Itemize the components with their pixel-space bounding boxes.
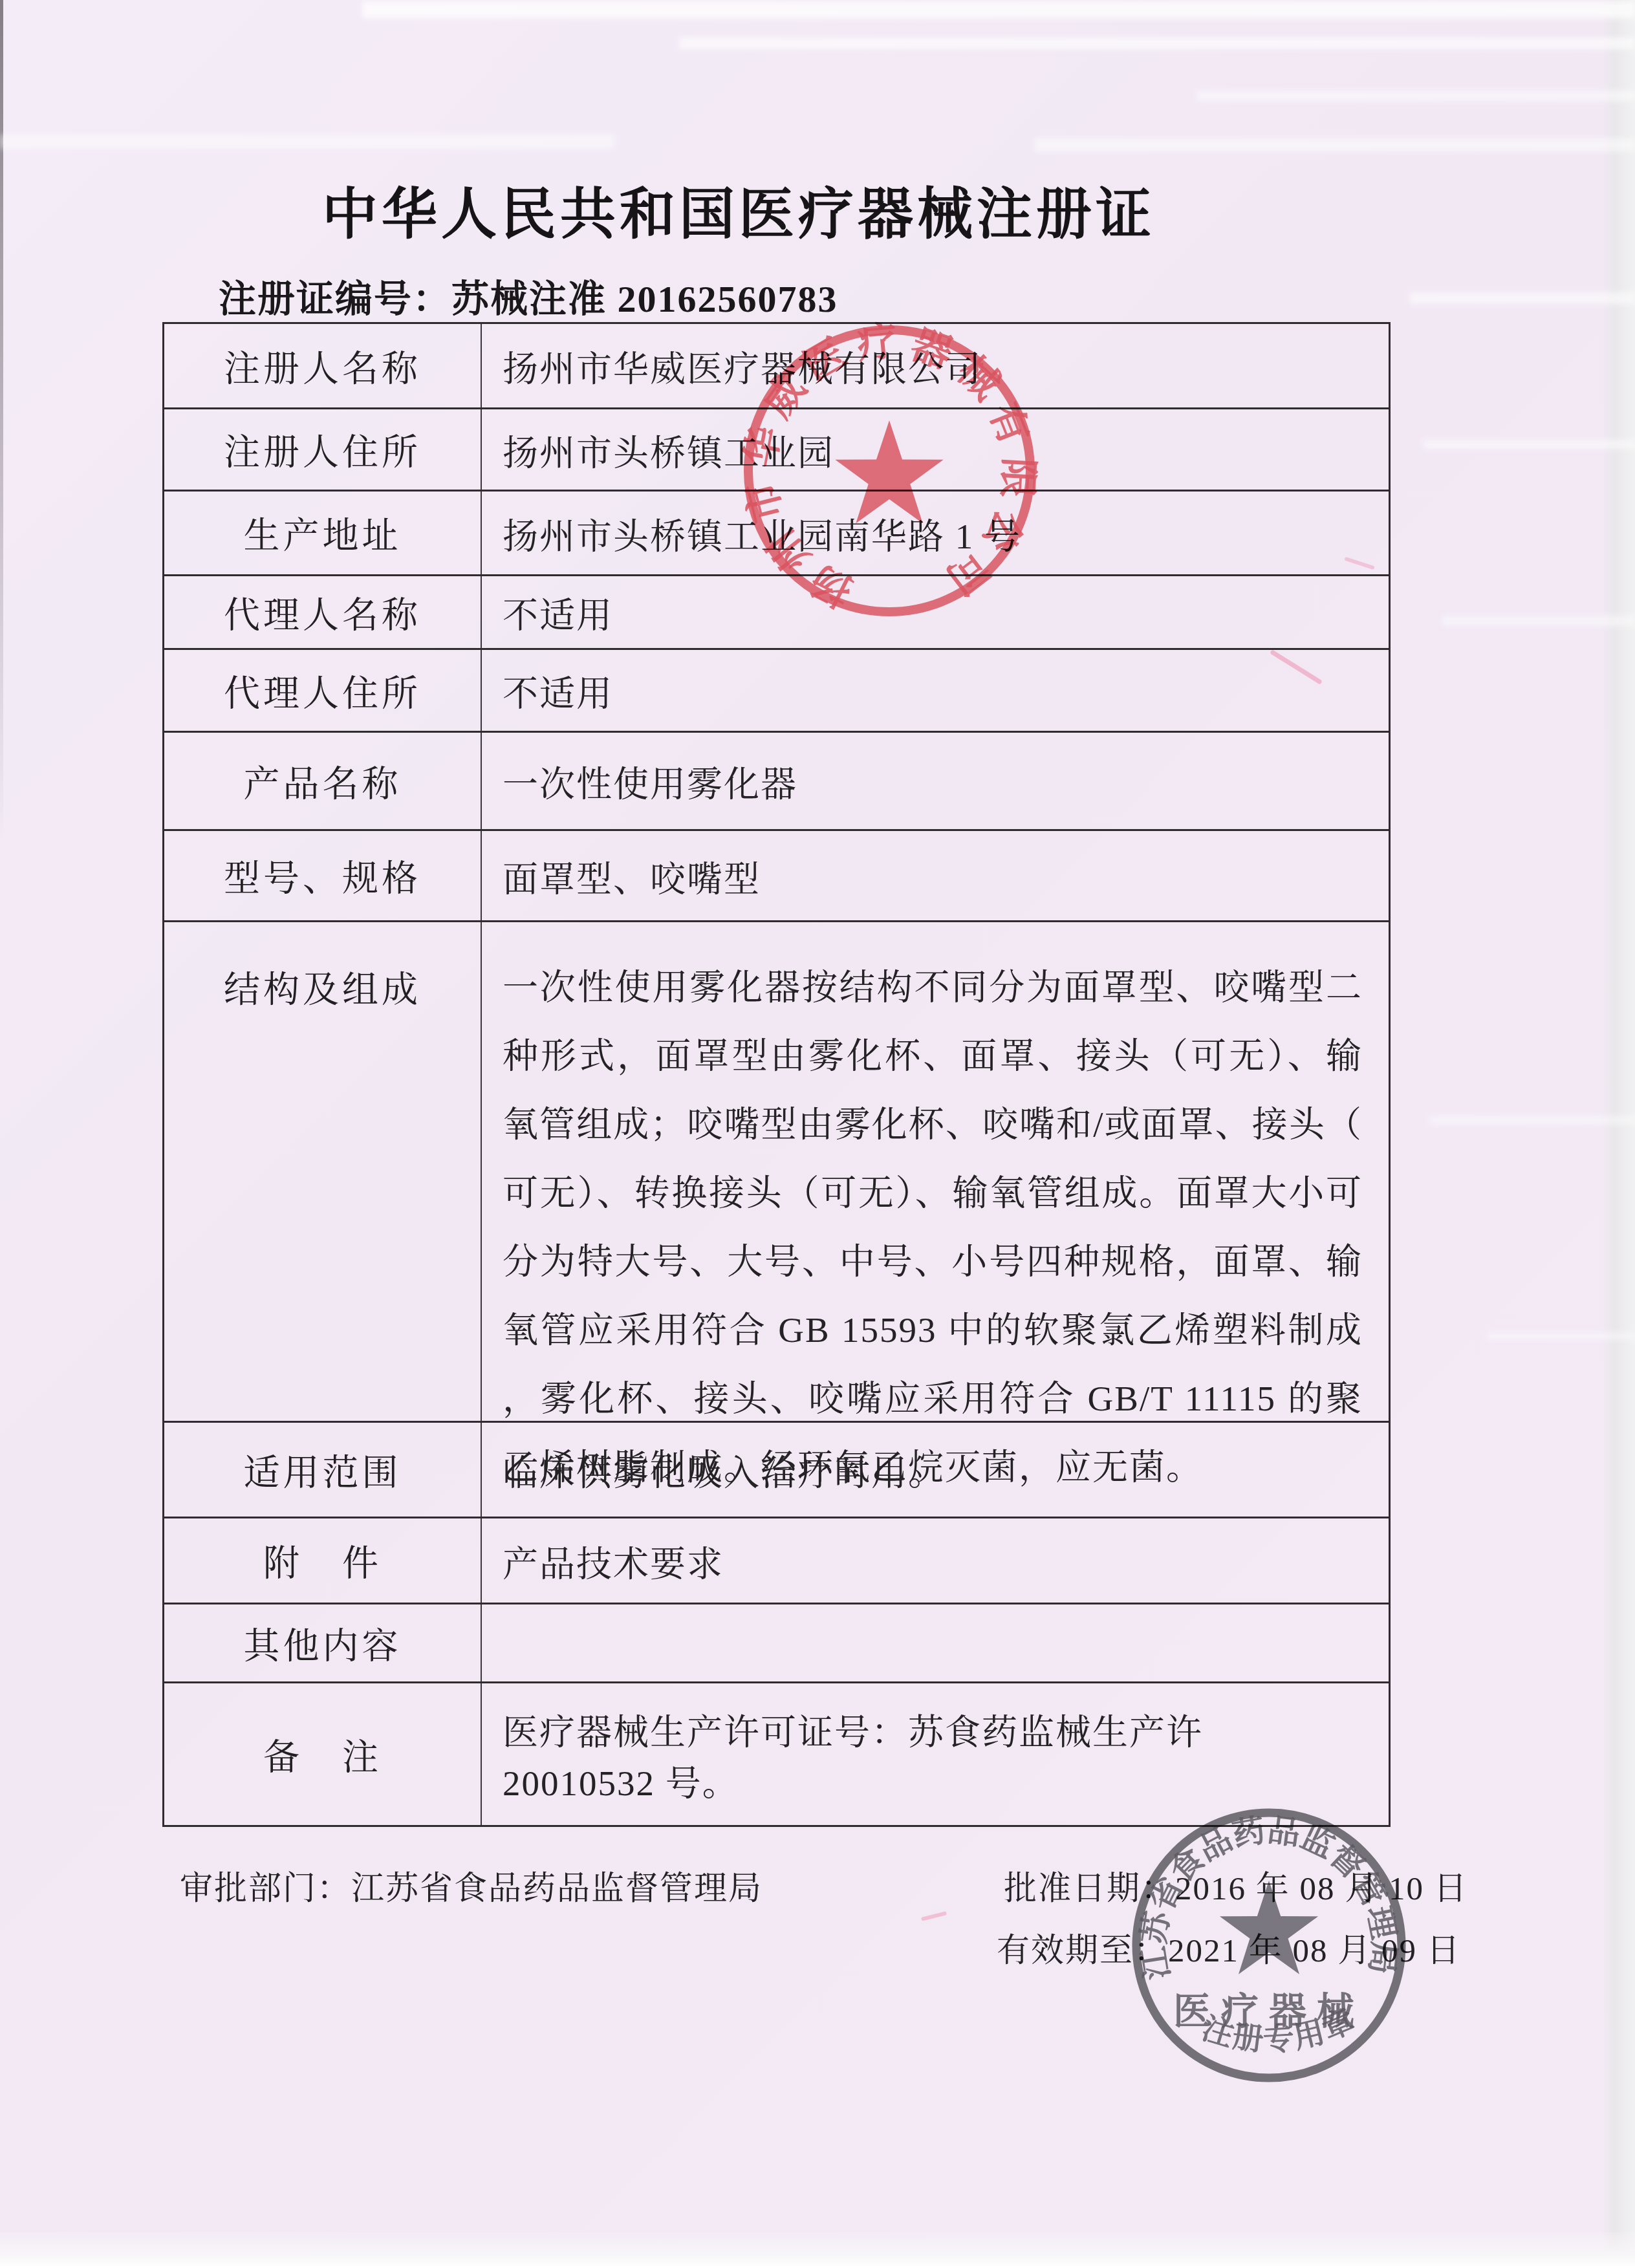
- row-label: 注册人名称: [164, 324, 482, 407]
- scan-streak: [1423, 440, 1635, 449]
- registration-number-label: 注册证编号：: [219, 278, 451, 320]
- row-label: 备 注: [164, 1683, 482, 1825]
- scan-streak: [1035, 138, 1635, 151]
- table-row: 适用范围 临床供雾化吸入治疗时用。: [164, 1423, 1389, 1518]
- row-label: 其他内容: [164, 1604, 482, 1681]
- red-company-seal: 扬州市华威医疗器械有限公司: [737, 319, 1041, 623]
- scan-streak: [1488, 1332, 1635, 1340]
- approval-department-line: 审批部门：江苏省食品药品监督管理局: [180, 1861, 763, 1909]
- row-label: 代理人住所: [164, 650, 482, 731]
- pink-pen-mark: [921, 1911, 947, 1921]
- scan-edge-band-right: [1601, 0, 1635, 2268]
- row-value: 一次性使用雾化器: [482, 733, 1389, 829]
- row-label: 适用范围: [164, 1423, 482, 1517]
- row-value: 不适用: [482, 650, 1389, 731]
- black-registration-seal: 江苏省食品药品监督管理局 医疗器械 注册专用章: [1127, 1803, 1411, 2088]
- row-label: 代理人名称: [164, 576, 482, 648]
- table-row: 其他内容: [164, 1604, 1389, 1683]
- row-value: 产品技术要求: [482, 1518, 1389, 1603]
- table-row: 产品名称 一次性使用雾化器: [164, 733, 1389, 831]
- black-seal-star-icon: [1220, 1881, 1318, 1974]
- scan-streak: [362, 1, 1635, 18]
- scan-streak: [0, 135, 614, 149]
- row-value: 临床供雾化吸入治疗时用。: [482, 1423, 1389, 1517]
- row-value: 一次性使用雾化器按结构不同分为面罩型、咬嘴型二种形式，面罩型由雾化杯、面罩、接头…: [482, 922, 1389, 1421]
- table-row: 代理人住所 不适用: [164, 650, 1389, 733]
- row-value: [482, 1604, 1389, 1681]
- page-title: 中华人民共和国医疗器械注册证: [322, 169, 1155, 250]
- table-row: 型号、规格 面罩型、咬嘴型: [164, 831, 1389, 922]
- registration-number-value: 苏械注准 20162560783: [451, 278, 838, 320]
- scan-edge-band-bottom: [0, 2232, 1635, 2268]
- row-label: 注册人住所: [164, 409, 482, 490]
- row-label: 附 件: [164, 1518, 482, 1603]
- row-label: 产品名称: [164, 733, 482, 829]
- table-row: 附 件 产品技术要求: [164, 1518, 1389, 1604]
- approval-department-label: 审批部门：: [180, 1871, 351, 1907]
- row-label: 型号、规格: [164, 831, 482, 920]
- scan-edge-dark-left: [0, 0, 3, 841]
- table-row: 结构及组成 一次性使用雾化器按结构不同分为面罩型、咬嘴型二种形式，面罩型由雾化杯…: [164, 922, 1389, 1423]
- scan-streak: [1442, 616, 1635, 626]
- scan-streak: [1410, 292, 1635, 304]
- scan-streak: [1196, 91, 1635, 101]
- row-label: 生产地址: [164, 491, 482, 574]
- registration-number-line: 注册证编号：苏械注准 20162560783: [219, 268, 838, 323]
- red-seal-star-icon: [835, 420, 943, 523]
- row-value: 面罩型、咬嘴型: [482, 831, 1389, 920]
- approval-department-value: 江苏省食品药品监督管理局: [351, 1871, 763, 1907]
- scan-streak: [679, 38, 1635, 49]
- row-label: 结构及组成: [164, 922, 482, 1421]
- certificate-page: 中华人民共和国医疗器械注册证 注册证编号：苏械注准 20162560783 注册…: [0, 0, 1635, 2268]
- scan-streak: [1429, 1116, 1635, 1125]
